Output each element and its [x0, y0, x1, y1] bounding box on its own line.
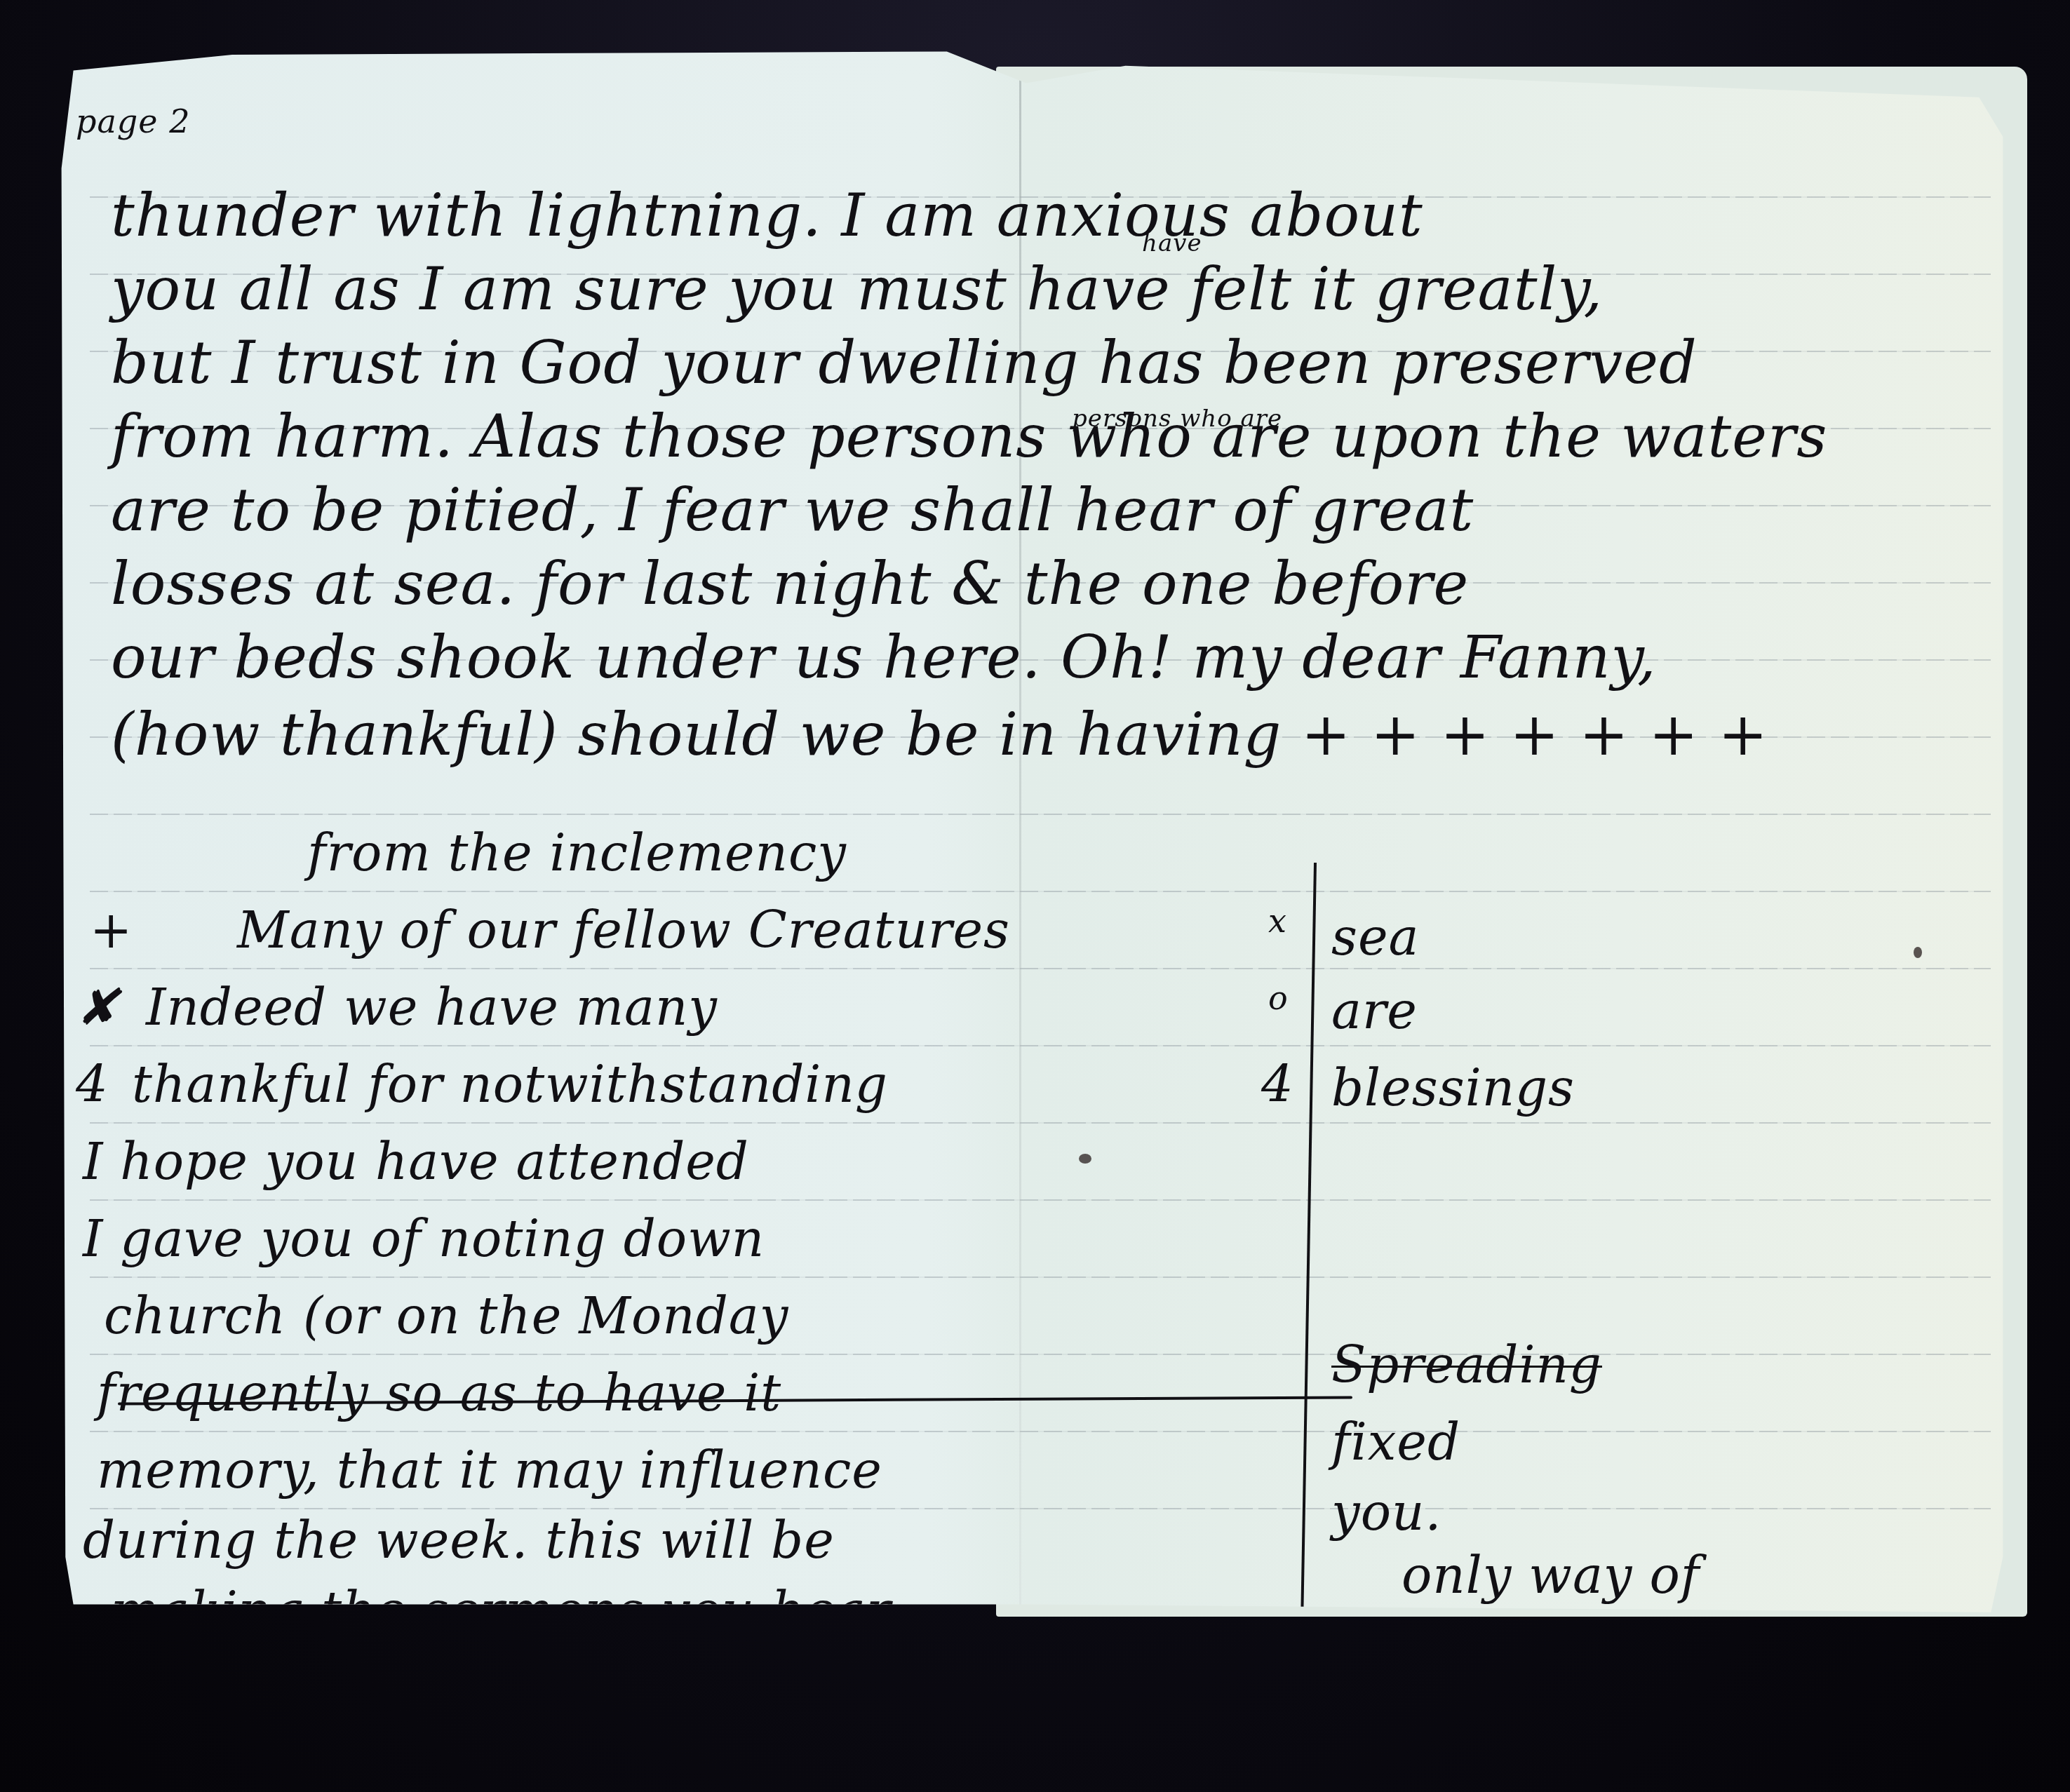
lower-line-2: Many of our fellow Creatures: [237, 905, 1010, 955]
lower-line-5: I hope you have attended: [83, 1136, 749, 1187]
ink-blot: [1914, 947, 1922, 958]
ruled-line: [90, 1199, 1991, 1201]
margin-mark-3: 4: [76, 1059, 109, 1110]
lower-line-7: church (or on the Monday: [104, 1291, 788, 1341]
main-line-8: (how thankful) should we be in having + …: [111, 705, 1768, 764]
lower-line-10: during the week. this will be: [83, 1515, 835, 1565]
ruled-line: [90, 1508, 1991, 1509]
right-mark-1: x: [1268, 905, 1287, 937]
right-mark-3: 4: [1261, 1059, 1294, 1110]
ruled-line: [90, 1122, 1991, 1124]
ruled-line: [90, 814, 1991, 815]
main-line-3: but I trust in God your dwelling has bee…: [111, 333, 1698, 392]
right-word-5: fixed: [1331, 1417, 1460, 1467]
main-line-2: you all as I am sure you must have felt …: [111, 260, 1603, 318]
right-mark-2: o: [1268, 982, 1289, 1014]
lower-line-4: thankful for notwithstanding: [132, 1059, 888, 1110]
right-word-2: are: [1331, 985, 1418, 1036]
ruled-line: [90, 1045, 1991, 1046]
letter-page: page 2 thunder with lightning. I am anxi…: [34, 42, 2019, 1620]
ruled-line: [90, 1431, 1991, 1432]
main-line-6: losses at sea. for last night & the one …: [111, 554, 1469, 613]
lower-line-6: I gave you of noting down: [83, 1213, 765, 1264]
column-divider-line: [1301, 863, 1317, 1620]
ink-blot: [1079, 1154, 1091, 1164]
lower-line-3: Indeed we have many: [146, 982, 718, 1032]
lower-line-1: from the inclemency: [307, 828, 847, 878]
main-line-1: thunder with lightning. I am anxious abo…: [111, 186, 1423, 245]
ruled-line: [90, 968, 1991, 969]
margin-mark-2: ✘: [76, 982, 119, 1032]
margin-mark-1: +: [90, 905, 133, 955]
lower-line-8: frequently so as to have it: [97, 1368, 781, 1418]
main-line-4: from harm. Alas those persons who are up…: [111, 407, 1827, 466]
ruled-line: [90, 891, 1991, 892]
right-word-6: you.: [1331, 1487, 1441, 1537]
insertion-have: have: [1142, 231, 1202, 255]
right-word-3: blessings: [1331, 1063, 1575, 1113]
right-word-4: Spreading: [1331, 1340, 1602, 1390]
ruled-line: [90, 1276, 1991, 1278]
ruled-line: [90, 1354, 1991, 1355]
page-label: page 2: [76, 105, 190, 137]
lower-line-9: memory, that it may influence: [97, 1445, 882, 1495]
right-word-7: only way of: [1402, 1550, 1700, 1601]
main-line-5: are to be pitied, I fear we shall hear o…: [111, 480, 1474, 539]
main-line-7: our beds shook under us here. Oh! my dea…: [111, 628, 1657, 687]
right-word-1: sea: [1331, 912, 1419, 962]
